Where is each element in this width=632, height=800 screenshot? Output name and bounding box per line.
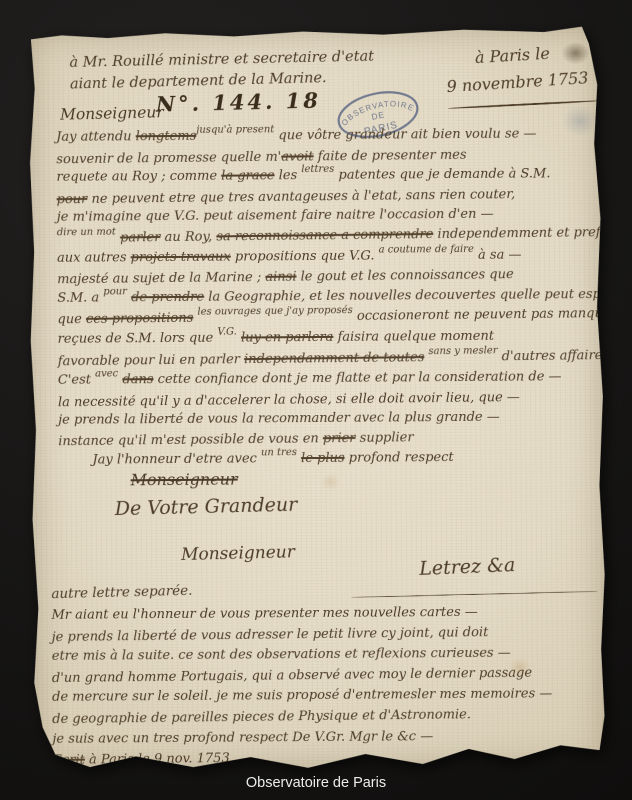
- second-letter-heading: Letrez &a: [419, 554, 516, 580]
- interlinear-insert: sans y mesler: [428, 341, 497, 361]
- date-underline-flourish: [448, 100, 600, 110]
- handwriting-text: C'est: [58, 373, 95, 388]
- handwriting-text: les: [275, 168, 302, 183]
- struck-text: independamment de toutes: [244, 350, 424, 367]
- handwriting-text: je suis avec un tres profond respect De …: [52, 729, 433, 747]
- handwriting-text: patentes que je demande à S.M.: [334, 167, 550, 184]
- struck-text: prier: [323, 431, 356, 446]
- closing-struck-salutation: Monseigneur: [130, 470, 237, 490]
- interlinear-insert: lettres: [301, 160, 334, 180]
- handwriting-text: au Roy,: [160, 229, 216, 245]
- stamp-text-middle: DE: [370, 109, 386, 122]
- handwriting-text: occasioneront ne peuvent pas manquer d'e…: [353, 305, 632, 324]
- handwriting-text: que: [57, 312, 86, 327]
- manuscript-paper: à Mr. Rouillé ministre et secretaire d'e…: [27, 25, 606, 772]
- handwriting-text: supplier: [355, 430, 413, 446]
- handwriting-text: la necessité qu'il y a d'accelerer la ch…: [58, 390, 520, 410]
- struck-text: parler: [120, 230, 161, 245]
- handwriting-text: requete au Roy ; comme: [56, 169, 221, 185]
- place-date-block: à Paris le 9 novembre 1753: [444, 37, 589, 99]
- letter-body-first: Jay attendu longtems jusqu'à present que…: [56, 123, 632, 471]
- handwriting-text: souvenir de la promesse quelle m': [56, 149, 281, 167]
- second-letter-side-note: autre lettre separée.: [51, 583, 192, 602]
- struck-text: longtems: [136, 129, 197, 144]
- interlinear-insert: dire un mot: [57, 222, 116, 242]
- handwriting-text: majesté au sujet de la Marine ;: [57, 270, 265, 287]
- handwriting-text: propositions que V.G.: [231, 248, 379, 264]
- struck-text: dans: [122, 372, 153, 387]
- handwriting-text: aux autres: [57, 250, 131, 266]
- handwriting-text: cette confiance dont je me flatte et par…: [153, 369, 561, 387]
- handwriting-text: Jay l'honneur d'etre avec: [92, 451, 261, 467]
- struck-text: Ecrit: [52, 753, 85, 768]
- handwriting-text: Mr aiant eu l'honneur de vous presenter …: [51, 605, 477, 623]
- handwriting-text: je prends la liberté de vous la recomman…: [58, 410, 500, 428]
- handwriting-text: profond respect: [345, 450, 454, 466]
- handwriting-text: que vôtre grandeur ait bien voulu se —: [274, 126, 536, 143]
- handwriting-text: ne peuvent etre que tres avantageuses à …: [87, 187, 515, 207]
- handwriting-text: je prends la liberté de vous adresser le…: [52, 625, 489, 645]
- interlinear-insert: V.G.: [217, 322, 237, 342]
- handwriting-text: etre mis à la suite. ce sont des observa…: [52, 646, 511, 664]
- manuscript-line: Ecrit à Paris le 9 nov. 1753.: [52, 745, 552, 771]
- recipient-address: à Mr. Rouillé ministre et secretaire d'e…: [69, 46, 374, 94]
- struck-text: projets travaux: [131, 249, 231, 265]
- handwriting-text: favorable pour lui en parler: [58, 352, 245, 369]
- interlinear-insert: pour: [103, 282, 127, 302]
- interlinear-insert: avec: [95, 365, 118, 385]
- photo-background: à Mr. Rouillé ministre et secretaire d'e…: [0, 0, 632, 800]
- handwriting-text: faite de presenter mes: [314, 147, 467, 164]
- interlinear-insert: jusqu'à present: [196, 120, 274, 140]
- handwriting-text: Jay attendu: [56, 129, 136, 145]
- document-number: N°. 144. 18: [156, 88, 322, 117]
- struck-text: la grace: [221, 168, 274, 183]
- salutation: Monseigneur: [60, 103, 164, 124]
- manuscript-paper-wrap: à Mr. Rouillé ministre et secretaire d'e…: [27, 25, 606, 772]
- photo-caption: Observatoire de Paris: [0, 775, 632, 791]
- interlinear-insert: les ouvrages que j'ay proposés: [197, 301, 353, 322]
- struck-text: pour: [57, 192, 88, 207]
- interlinear-insert: un tres: [261, 443, 297, 463]
- handwriting-text: d'autres affaires.: [497, 347, 613, 363]
- handwriting-text: d'un grand homme Portugais, qui a observ…: [52, 665, 532, 685]
- handwriting-text: reçues de S.M. lors que: [58, 331, 218, 347]
- handwriting-text: le gout et les connoissances que: [296, 267, 513, 284]
- second-letter-underline-flourish: [351, 591, 597, 598]
- closing-salutation: Monseigneur: [181, 542, 295, 565]
- handwriting-text: de geographie de pareilles pieces de Phy…: [52, 707, 471, 727]
- handwriting-text: à sa —: [474, 247, 522, 262]
- handwriting-text: de mercure sur le soleil. je me suis pro…: [52, 687, 552, 705]
- handwriting-text: je m'imagine que V.G. peut aisement fair…: [57, 207, 494, 225]
- closing-from-line: De Votre Grandeur: [115, 494, 298, 520]
- struck-text: ainsi: [265, 270, 296, 285]
- handwriting-text: S.M. a: [57, 290, 103, 305]
- struck-text: le plus: [301, 450, 345, 465]
- letter-body-second: Mr aiant eu l'honneur de vous presenter …: [51, 602, 552, 770]
- struck-text: luy en parlera: [241, 330, 333, 346]
- interlinear-insert: a coutume de faire: [378, 239, 473, 259]
- struck-text: de prendre: [131, 290, 204, 306]
- struck-text: ces propositions: [86, 311, 194, 327]
- handwriting-text: à Paris le 9 nov. 1753.: [85, 751, 234, 768]
